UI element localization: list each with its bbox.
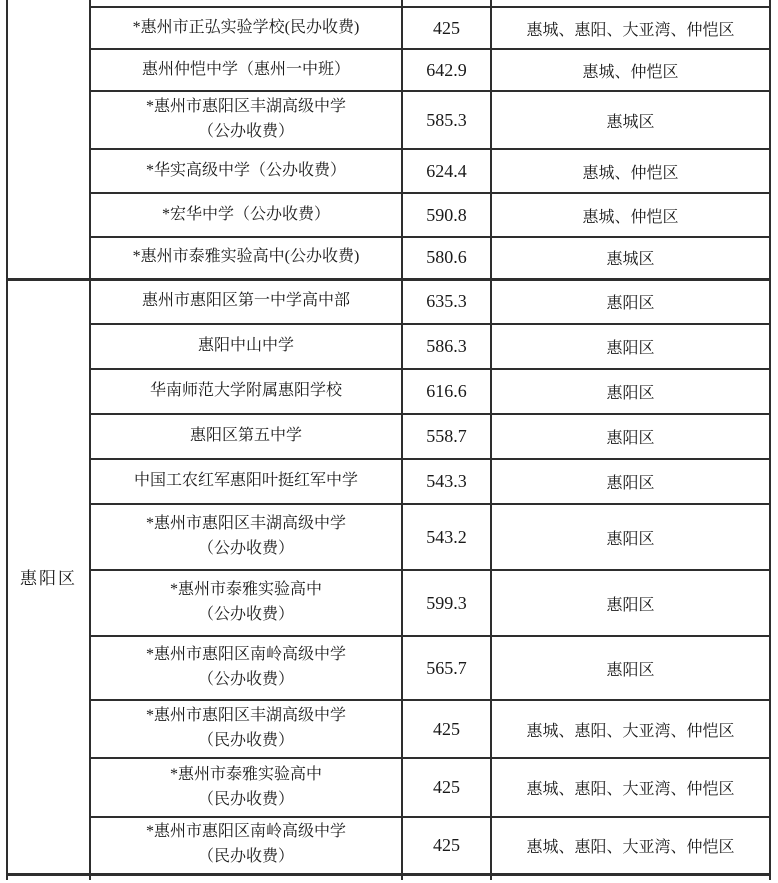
region-cell: 惠城、惠阳、大亚湾、仲恺区 [491,7,770,49]
region-cell: 惠阳区 [491,369,770,414]
score-cell: 635.3 [402,279,491,324]
table-row: 华南师范大学附属惠阳学校 616.6 惠阳区 [7,369,770,414]
score-cell: 624.4 [402,149,491,193]
score-cell: 585.3 [402,91,491,149]
region-cell: 惠城、惠阳、大亚湾、仲恺区 [491,758,770,817]
region-cell: 惠阳区 [491,636,770,700]
region-cell: 惠城、仲恺区 [491,49,770,91]
score-cell: 580.6 [402,237,491,279]
school-cell: *华实高级中学（公办收费） [90,149,402,193]
table-row: 惠阳中山中学 586.3 惠阳区 [7,324,770,369]
region-cell: 惠阳区 [491,459,770,504]
table-row: *宏华中学（公办收费） 590.8 惠城、仲恺区 [7,193,770,237]
school-cell [90,0,402,7]
score-cell: 425 [402,817,491,874]
table-row: *惠州市惠阳区丰湖高级中学 （公办收费） 585.3 惠城区 [7,91,770,149]
score-cell: 543.3 [402,459,491,504]
school-cell: 华南师范大学附属惠阳学校 [90,369,402,414]
table-row: 惠阳区第五中学 558.7 惠阳区 [7,414,770,459]
school-cell: *惠州市泰雅实验高中 （公办收费） [90,570,402,636]
table-row: *惠州市泰雅实验高中(公办收费) 580.6 惠城区 [7,237,770,279]
table-row: *华实高级中学（公办收费） 624.4 惠城、仲恺区 [7,149,770,193]
score-cell: 425 [402,758,491,817]
table-row: *惠州市泰雅实验高中 （民办收费） 425 惠城、惠阳、大亚湾、仲恺区 [7,758,770,817]
score-cell: 425 [402,700,491,758]
school-cell: 惠州市惠阳区第一中学高中部 [90,279,402,324]
school-cell: 惠阳区第五中学 [90,414,402,459]
region-cell: 惠城、仲恺区 [491,149,770,193]
table-row: 中国工农红军惠阳叶挺红军中学 543.3 惠阳区 [7,459,770,504]
score-cell: 642.9 [402,49,491,91]
score-cell: 616.6 [402,369,491,414]
region-cell: 惠阳区 [491,570,770,636]
region-cell: 惠城区 [491,91,770,149]
school-cell: *惠州市正弘实验学校(民办收费) [90,7,402,49]
school-cell: *惠州市惠阳区丰湖高级中学 （公办收费） [90,504,402,570]
region-cell: 惠阳区 [491,504,770,570]
table-row: *惠州市惠阳区南岭高级中学 （民办收费） 425 惠城、惠阳、大亚湾、仲恺区 [7,817,770,874]
school-cell [90,874,402,880]
school-cell: 惠阳中山中学 [90,324,402,369]
score-cell: 590.8 [402,193,491,237]
region-cell: 惠城、惠阳、大亚湾、仲恺区 [491,817,770,874]
school-cell: *惠州市惠阳区丰湖高级中学 （公办收费） [90,91,402,149]
region-cell [491,0,770,7]
table-row: 惠州仲恺中学（惠州一中班） 642.9 惠城、仲恺区 [7,49,770,91]
table-row: *惠州市惠阳区丰湖高级中学 （民办收费） 425 惠城、惠阳、大亚湾、仲恺区 [7,700,770,758]
score-cell: 558.7 [402,414,491,459]
score-cell: 586.3 [402,324,491,369]
school-cell: 中国工农红军惠阳叶挺红军中学 [90,459,402,504]
school-cell: *惠州市泰雅实验高中(公办收费) [90,237,402,279]
region-cell: 惠阳区 [491,279,770,324]
table-row-partial-top [7,0,770,7]
score-cell: 543.2 [402,504,491,570]
region-cell: 惠城、仲恺区 [491,193,770,237]
table-row: 惠阳区 惠州市惠阳区第一中学高中部 635.3 惠阳区 [7,279,770,324]
school-cell: *宏华中学（公办收费） [90,193,402,237]
school-cell: 惠州仲恺中学（惠州一中班） [90,49,402,91]
region-cell: 惠阳区 [491,414,770,459]
table-row: *惠州市泰雅实验高中 （公办收费） 599.3 惠阳区 [7,570,770,636]
district-cell: 惠阳区 [7,279,90,874]
school-cell: *惠州市惠阳区南岭高级中学 （公办收费） [90,636,402,700]
score-cell [402,0,491,7]
school-cell: *惠州市惠阳区丰湖高级中学 （民办收费） [90,700,402,758]
admission-score-table: *惠州市正弘实验学校(民办收费) 425 惠城、惠阳、大亚湾、仲恺区 惠州仲恺中… [6,0,771,880]
district-cell [7,7,90,279]
score-cell: 565.7 [402,636,491,700]
district-cell [7,0,90,7]
region-cell: 惠城、惠阳、大亚湾、仲恺区 [491,700,770,758]
district-cell [7,874,90,880]
table-row: *惠州市惠阳区南岭高级中学 （公办收费） 565.7 惠阳区 [7,636,770,700]
table-row-partial-bottom [7,874,770,880]
region-cell [491,874,770,880]
region-cell: 惠城区 [491,237,770,279]
table-row: *惠州市正弘实验学校(民办收费) 425 惠城、惠阳、大亚湾、仲恺区 [7,7,770,49]
score-cell: 599.3 [402,570,491,636]
score-cell [402,874,491,880]
school-cell: *惠州市惠阳区南岭高级中学 （民办收费） [90,817,402,874]
region-cell: 惠阳区 [491,324,770,369]
school-cell: *惠州市泰雅实验高中 （民办收费） [90,758,402,817]
table-row: *惠州市惠阳区丰湖高级中学 （公办收费） 543.2 惠阳区 [7,504,770,570]
score-cell: 425 [402,7,491,49]
